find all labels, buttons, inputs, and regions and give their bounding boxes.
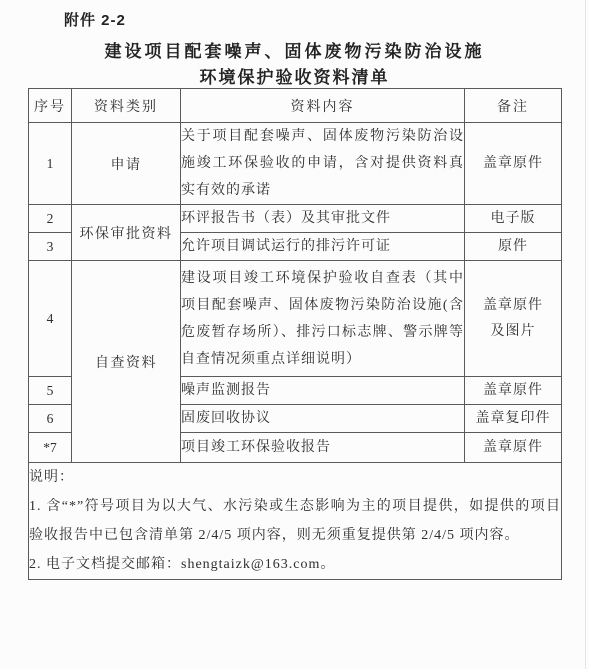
materials-table: 序号 资料类别 资料内容 备注 1 申请 关于项目配套噪声、固体废物污染防治设施…: [28, 88, 562, 580]
row-content: 固废回收协议: [181, 405, 465, 433]
table-header-row: 序号 资料类别 资料内容 备注: [29, 89, 562, 123]
row-category: 自查资料: [72, 261, 181, 463]
note-item-2: 2. 电子文档提交邮箱：shengtaizk@163.com。: [29, 550, 561, 579]
row-remark: 盖章原件 及图片: [465, 261, 562, 377]
row-remark: 盖章原件: [465, 123, 562, 205]
row-no: 2: [29, 205, 72, 233]
col-header-content: 资料内容: [181, 89, 465, 123]
table-row-4: 4 自查资料 建设项目竣工环境保护验收自查表（其中项目配套噪声、固体废物污染防治…: [29, 261, 562, 377]
row-remark: 电子版: [465, 205, 562, 233]
col-header-remark: 备注: [465, 89, 562, 123]
notes-label: 说明：: [29, 463, 561, 492]
row-category: 申请: [72, 123, 181, 205]
notes-section: 说明： 1. 含“*”符号项目为以大气、水污染或生态影响为主的项目提供，如提供的…: [29, 463, 562, 580]
notes-row: 说明： 1. 含“*”符号项目为以大气、水污染或生态影响为主的项目提供，如提供的…: [29, 463, 562, 580]
row-content: 允许项目调试运行的排污许可证: [181, 233, 465, 261]
row-content: 项目竣工环保验收报告: [181, 433, 465, 463]
row-remark: 原件: [465, 233, 562, 261]
row-no: 6: [29, 405, 72, 433]
row-no: *7: [29, 433, 72, 463]
row-category: 环保审批资料: [72, 205, 181, 261]
row-remark: 盖章原件: [465, 377, 562, 405]
row-remark-line1: 盖章原件: [465, 293, 561, 319]
row-remark: 盖章原件: [465, 433, 562, 463]
col-header-category: 资料类别: [72, 89, 181, 123]
row-no: 1: [29, 123, 72, 205]
row-content: 噪声监测报告: [181, 377, 465, 405]
row-remark: 盖章复印件: [465, 405, 562, 433]
doc-title-line2: 环境保护验收资料清单: [0, 63, 589, 88]
row-no: 5: [29, 377, 72, 405]
row-no: 3: [29, 233, 72, 261]
row-no: 4: [29, 261, 72, 377]
col-header-no: 序号: [29, 89, 72, 123]
doc-title-line1: 建设项目配套噪声、固体废物污染防治设施: [0, 37, 589, 62]
row-content: 环评报告书（表）及其审批文件: [181, 205, 465, 233]
table-row-1: 1 申请 关于项目配套噪声、固体废物污染防治设施竣工环保验收的申请，含对提供资料…: [29, 123, 562, 205]
page-edge-line: [585, 0, 586, 669]
row-remark-line2: 及图片: [465, 319, 561, 345]
attachment-label: 附件 2-2: [64, 9, 126, 30]
row-content: 关于项目配套噪声、固体废物污染防治设施竣工环保验收的申请，含对提供资料真实有效的…: [181, 123, 465, 205]
note-item-1: 1. 含“*”符号项目为以大气、水污染或生态影响为主的项目提供，如提供的项目验收…: [29, 492, 561, 550]
row-content: 建设项目竣工环境保护验收自查表（其中项目配套噪声、固体废物污染防治设施(含危废暂…: [181, 261, 465, 377]
table-row-2: 2 环保审批资料 环评报告书（表）及其审批文件 电子版: [29, 205, 562, 233]
